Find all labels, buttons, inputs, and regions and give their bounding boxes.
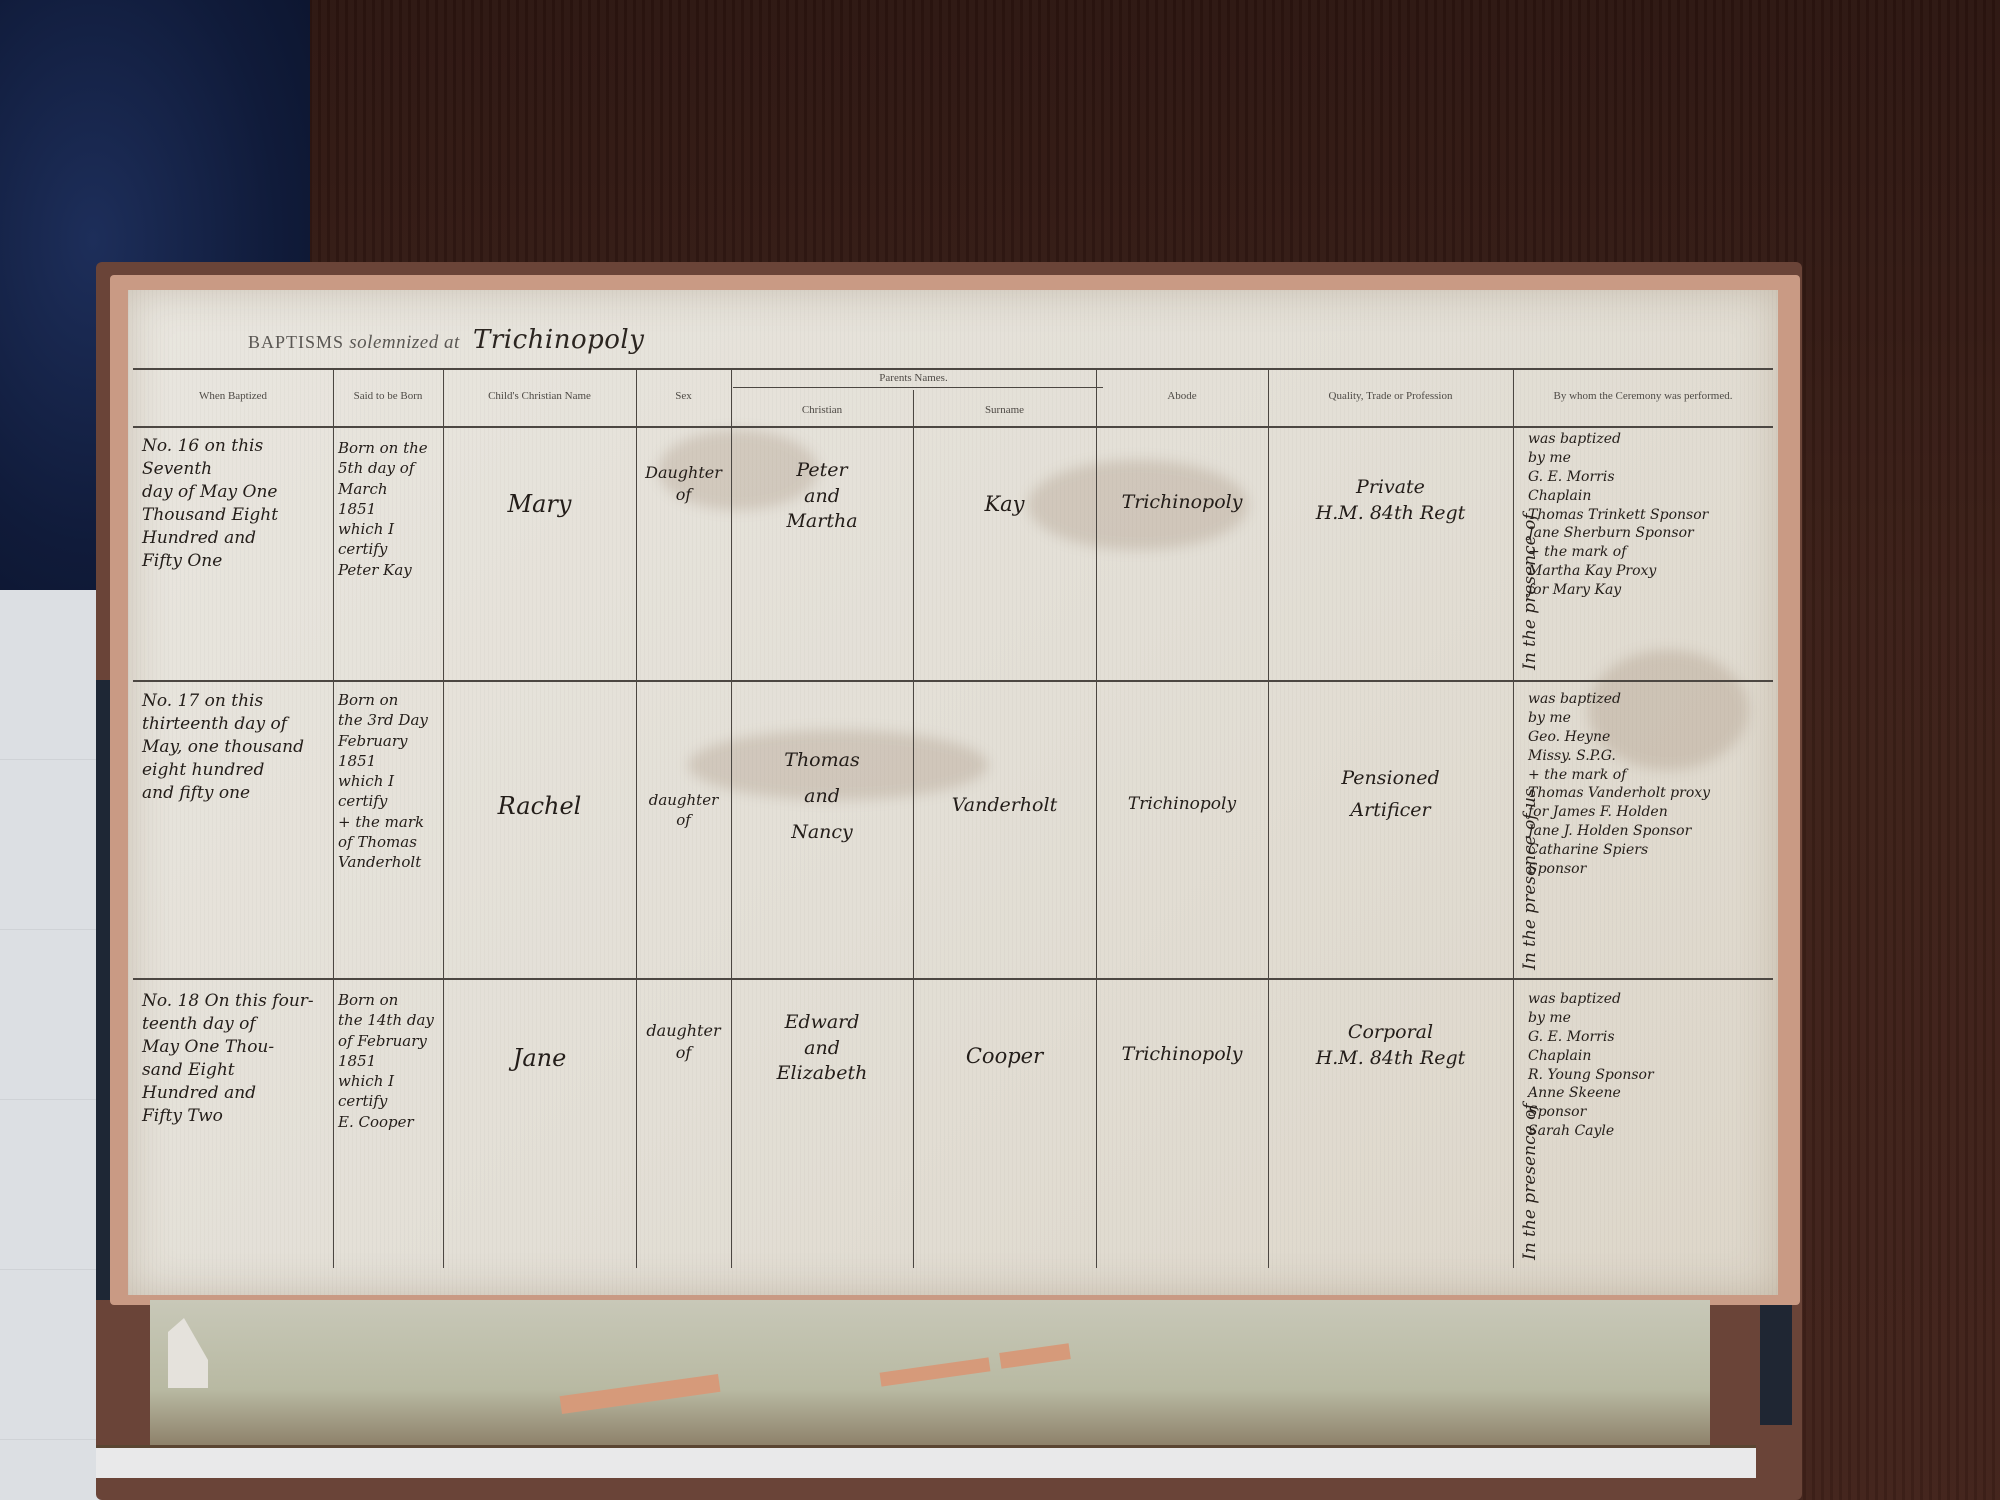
parents-group-rule	[733, 387, 1103, 388]
entry-officiant: was baptized by me G. E. Morris Chaplain…	[1528, 990, 1773, 1141]
entry-parents-surname: Cooper	[913, 1042, 1096, 1070]
entry-parents-surname: Vanderholt	[913, 793, 1096, 819]
entry-when-baptized: No. 16 on this Seventh day of May One Th…	[142, 435, 332, 573]
entry-when-baptized: No. 18 On this four- teenth day of May O…	[142, 990, 332, 1128]
entry-quality: Pensioned Artificer	[1268, 762, 1513, 827]
entry-sex: Daughter of	[636, 462, 731, 505]
col-rule	[333, 368, 334, 1268]
entry-side-note: In the presence of	[1520, 513, 1540, 670]
entry-when-baptized: No. 17 on this thirteenth day of May, on…	[142, 690, 332, 805]
entry-said-born: Born on the 3rd Day February 1851 which …	[338, 690, 443, 872]
title-rest: solemnized at	[349, 332, 459, 353]
entry-side-note: In the presence of us	[1520, 788, 1540, 970]
entry-abode: Trichinopoly	[1096, 793, 1268, 816]
entry-parents-christian: Thomas and Nancy	[731, 742, 913, 850]
header-parents-names: Parents Names.	[731, 372, 1096, 384]
entry-sex: daughter of	[636, 1020, 731, 1063]
entry-parents-surname: Kay	[913, 490, 1096, 518]
entry-side-note: In the presence of	[1520, 1103, 1540, 1260]
header-parents-surname: Surname	[913, 404, 1096, 416]
header-sex: Sex	[636, 390, 731, 402]
title-place: Trichinopoly	[473, 325, 644, 355]
entry-parents-christian: Peter and Martha	[731, 458, 913, 535]
entry-said-born: Born on the 14th day of February 1851 wh…	[338, 990, 443, 1132]
entry-abode: Trichinopoly	[1096, 1042, 1268, 1068]
header-abode: Abode	[1096, 390, 1268, 402]
header-said-born: Said to be Born	[333, 390, 443, 402]
entry-parents-christian: Edward and Elizabeth	[731, 1010, 913, 1087]
entry-said-born: Born on the 5th day of March 1851 which …	[338, 438, 443, 580]
entry-quality: Private H.M. 84th Regt	[1268, 475, 1513, 526]
register-page: BAPTISMS solemnized at Trichinopoly When…	[128, 290, 1778, 1295]
row-divider-2	[133, 978, 1773, 980]
header-child-name: Child's Christian Name	[443, 390, 636, 402]
entry-child-name: Rachel	[443, 790, 636, 822]
entry-officiant: was baptized by me Geo. Heyne Missy. S.P…	[1528, 690, 1773, 879]
header-quality: Quality, Trade or Profession	[1268, 390, 1513, 402]
entry-sex: daughter of	[636, 790, 731, 831]
register-title: BAPTISMS solemnized at Trichinopoly	[248, 325, 644, 355]
header-officiant: By whom the Ceremony was performed.	[1513, 390, 1773, 402]
header-bottom-rule	[133, 426, 1773, 428]
col-rule	[1513, 368, 1514, 1268]
entry-officiant: was baptized by me G. E. Morris Chaplain…	[1528, 430, 1773, 600]
entry-abode: Trichinopoly	[1096, 490, 1268, 516]
torn-bottom-strip	[96, 1445, 1756, 1478]
header-parents-christian: Christian	[731, 404, 913, 416]
entry-child-name: Jane	[443, 1042, 636, 1074]
col-rule	[913, 390, 914, 1268]
header-when-baptized: When Baptized	[133, 390, 333, 402]
entry-quality: Corporal H.M. 84th Regt	[1268, 1020, 1513, 1071]
entry-child-name: Mary	[443, 488, 636, 520]
title-caps: BAPTISMS	[248, 332, 344, 352]
row-divider-1	[133, 680, 1773, 682]
header-top-rule	[133, 368, 1773, 370]
